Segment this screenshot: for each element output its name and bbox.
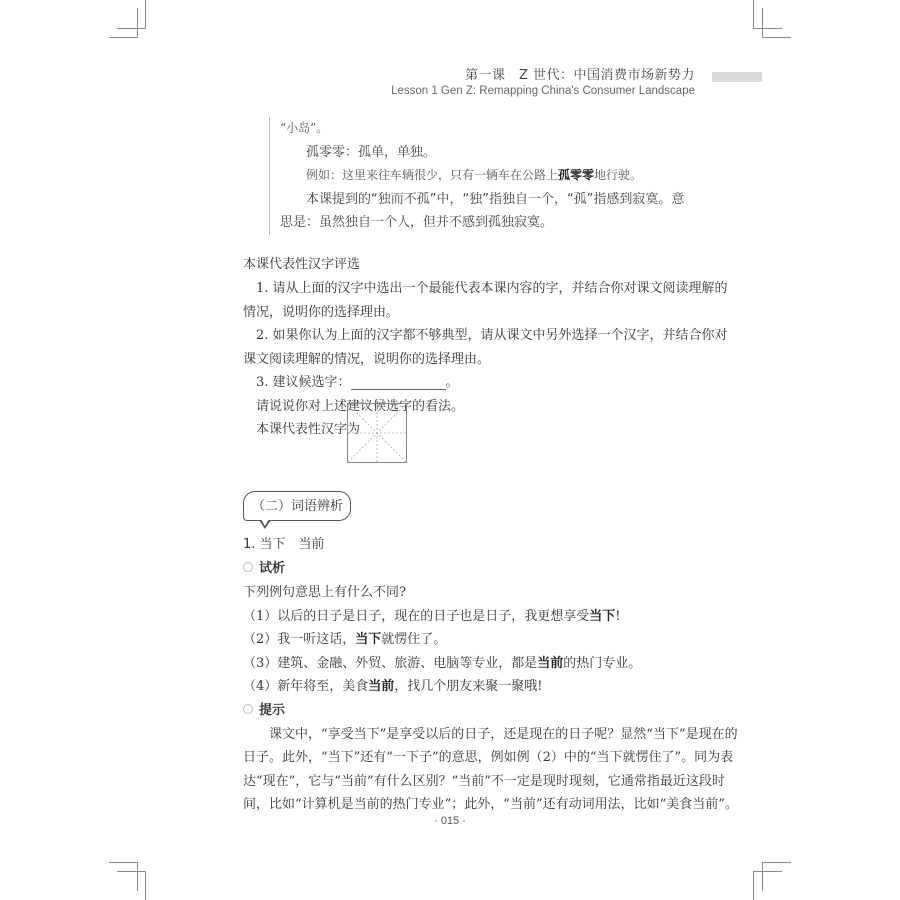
vocab-note: “小岛”。 孤零零：孤单，单独。 例如：这里来往车辆很少，只有一辆车在公路上孤零… <box>269 117 720 235</box>
question-3: 3. 建议候选字：。 <box>243 371 703 395</box>
trial-question: 下列例句意思上有什么不同? <box>243 581 713 605</box>
question-3-follow: 请说说你对上述建议候选字的看法。 <box>243 395 703 419</box>
circle-bullet-icon <box>243 704 253 714</box>
crop-mark <box>753 871 782 872</box>
question-1: 1. 请从上面的汉字中选出一个最能代表本课内容的字，并结合你对课文阅读理解的 <box>243 277 703 301</box>
item-title: 1. 当下 当前 <box>243 533 713 557</box>
answer-blank[interactable] <box>351 375 446 390</box>
example-sentence: （2）我一听这话，当下就愣住了。 <box>243 628 713 652</box>
question-1-cont: 情况，说明你的选择理由。 <box>243 301 703 325</box>
crop-mark <box>762 37 791 38</box>
example-sentence: （1）以后的日子是日子，现在的日子也是日子，我更想享受当下! <box>243 605 713 629</box>
hint-paragraph: 日子。此外，“当下”还有“一下子”的意思，例如例（2）中的“当下就愣住了”。同为… <box>243 746 713 770</box>
crop-mark <box>145 0 146 28</box>
crop-mark <box>762 862 763 891</box>
crop-mark <box>753 28 782 29</box>
word-analysis-section: 1. 当下 当前 试析 下列例句意思上有什么不同? （1）以后的日子是日子，现在… <box>243 533 713 817</box>
hint-paragraph: 间，比如“计算机是当前的热门专业”；此外，“当前”还有动词用法，比如“美食当前”… <box>243 793 713 817</box>
header-tab-bar <box>712 72 762 82</box>
note-explain: 思是：虽然独自一个人，但并不感到孤独寂寞。 <box>280 211 720 235</box>
question-2-cont: 课文阅读理解的情况，说明你的选择理由。 <box>243 348 703 372</box>
page-number: · 015 · <box>0 815 900 827</box>
bold-term: 孤零零 <box>558 168 594 182</box>
crop-mark <box>753 871 754 900</box>
example-sentence: （3）建筑、金融、外贸、旅游、电脑等专业，都是当前的热门专业。 <box>243 652 713 676</box>
section-title: 本课代表性汉字评选 <box>243 253 703 277</box>
lesson-title-cn: 第一课 Z 世代：中国消费市场新势力 <box>391 64 695 83</box>
hint-heading: 提示 <box>243 699 713 723</box>
crop-mark <box>137 862 138 891</box>
hint-paragraph: 课文中，“享受当下”是享受以后的日子，还是现在的日子呢？显然“当下”是现在的 <box>243 723 713 747</box>
crop-mark <box>137 8 138 37</box>
lesson-title-en: Lesson 1 Gen Z: Remapping China's Consum… <box>391 85 695 97</box>
note-example: 例如：这里来往车辆很少，只有一辆车在公路上孤零零地行驶。 <box>280 164 720 188</box>
crop-mark <box>117 871 146 872</box>
mi-grid-icon <box>348 404 406 462</box>
running-header: 第一课 Z 世代：中国消费市场新势力 Lesson 1 Gen Z: Remap… <box>391 64 695 97</box>
note-explain: 本课提到的“独而不孤”中，“独”指独自一个，“孤”指感到寂寞。意 <box>280 188 720 212</box>
example-sentence: （4）新年将至，美食当前，找几个朋友来聚一聚哦! <box>243 675 713 699</box>
crop-mark <box>117 28 146 29</box>
rep-char-label: 本课代表性汉字为 <box>243 418 703 442</box>
crop-mark <box>753 0 754 28</box>
character-grid-box[interactable] <box>347 403 407 463</box>
note-definition: 孤零零：孤单，单独。 <box>280 141 720 165</box>
crop-mark <box>762 8 763 37</box>
crop-mark <box>762 862 791 863</box>
trial-heading: 试析 <box>243 557 713 581</box>
note-line: “小岛”。 <box>280 117 720 141</box>
crop-mark <box>145 871 146 900</box>
character-selection-section: 本课代表性汉字评选 1. 请从上面的汉字中选出一个最能代表本课内容的字，并结合你… <box>243 253 703 442</box>
circle-bullet-icon <box>243 562 253 572</box>
question-2: 2. 如果你认为上面的汉字都不够典型，请从课文中另外选择一个汉字，并结合你对 <box>243 324 703 348</box>
bubble-tail-inner <box>261 519 269 526</box>
section-bubble-heading: （二）词语辨析 <box>243 491 351 521</box>
hint-paragraph: 达“现在”，它与“当前”有什么区别？“当前”不一定是现时现刻，它通常指最近这段时 <box>243 770 713 794</box>
crop-mark <box>109 37 138 38</box>
crop-mark <box>109 862 138 863</box>
